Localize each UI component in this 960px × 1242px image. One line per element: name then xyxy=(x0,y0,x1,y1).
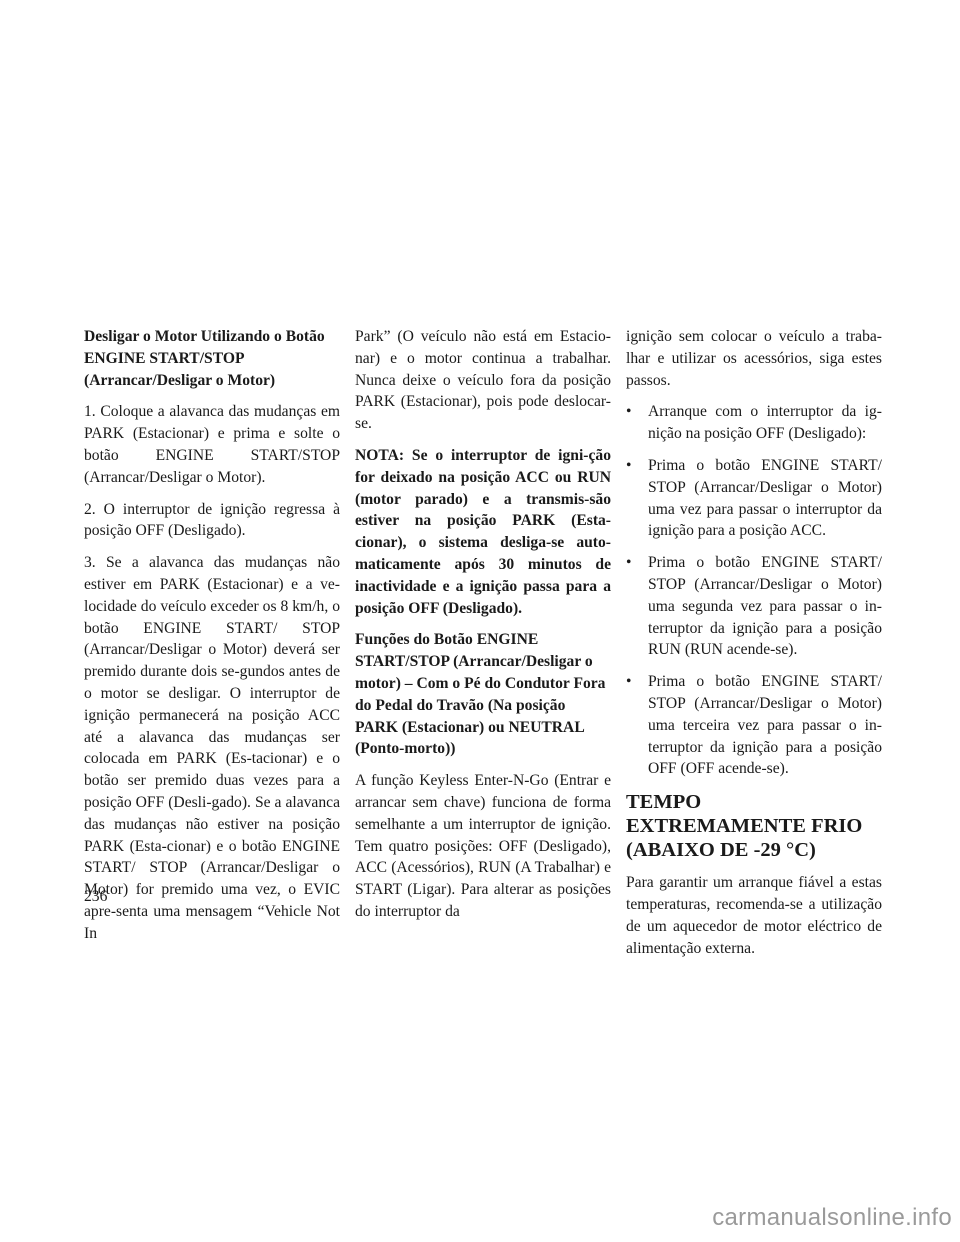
note-paragraph: NOTA: Se o interruptor de igni-ção for d… xyxy=(355,445,611,619)
list-item: •Prima o botão ENGINE START/ STOP (Arran… xyxy=(626,455,882,542)
list-item: •Prima o botão ENGINE START/ STOP (Arran… xyxy=(626,671,882,780)
steps-list: •Arranque com o interruptor da ig-nição … xyxy=(626,401,882,780)
column-3: ignição sem colocar o veículo a traba-lh… xyxy=(626,326,882,969)
step-3-continuation: Park” (O veículo não está em Estacio-nar… xyxy=(355,326,611,435)
bullet-icon: • xyxy=(626,401,631,423)
bullet-icon: • xyxy=(626,671,631,693)
keyless-continuation: ignição sem colocar o veículo a traba-lh… xyxy=(626,326,882,391)
list-item: •Prima o botão ENGINE START/ STOP (Arran… xyxy=(626,552,882,661)
watermark-link[interactable]: carmanualsonline.info xyxy=(712,1204,952,1232)
subsection-heading-functions: Funções do Botão ENGINE START/STOP (Arra… xyxy=(355,629,611,760)
bullet-icon: • xyxy=(626,552,631,574)
step-1: 1. Coloque a alavanca das mudanças em PA… xyxy=(84,401,340,488)
page-number: 236 xyxy=(84,888,107,906)
keyless-paragraph: A função Keyless Enter-N-Go (Entrar e ar… xyxy=(355,770,611,923)
subsection-heading-shutdown: Desligar o Motor Utilizando o Botão ENGI… xyxy=(84,326,340,391)
bullet-icon: • xyxy=(626,455,631,477)
list-item: •Arranque com o interruptor da ig-nição … xyxy=(626,401,882,445)
column-2: Park” (O veículo não está em Estacio-nar… xyxy=(355,326,611,933)
step-3: 3. Se a alavanca das mudanças não estive… xyxy=(84,552,340,944)
extreme-cold-paragraph: Para garantir um arranque fiável a estas… xyxy=(626,872,882,959)
column-1: Desligar o Motor Utilizando o Botão ENGI… xyxy=(84,326,340,955)
section-heading-extreme-cold: TEMPO EXTREMAMENTE FRIO (ABAIXO DE -29 °… xyxy=(626,790,882,862)
step-2: 2. O interruptor de ignição regressa à p… xyxy=(84,499,340,543)
